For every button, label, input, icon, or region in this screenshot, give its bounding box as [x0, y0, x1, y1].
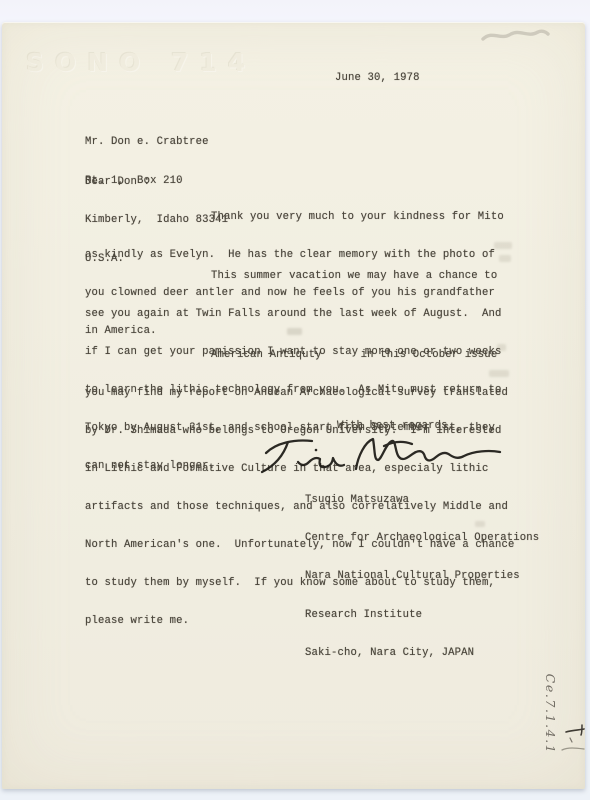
pencil-scribble-top-right: [480, 24, 550, 48]
letter-line: Thank you very much to your kindness for…: [85, 211, 504, 224]
letter-line: see you again at Twin Falls around the l…: [85, 308, 501, 321]
erased-text-smudge: [287, 328, 302, 335]
signature-block-line: Research Institute: [305, 609, 539, 622]
letter-paper: SONO 714 June 30, 1978 Mr. Don e. Crabtr…: [2, 22, 585, 789]
letter-line: This summer vacation we may have a chanc…: [85, 270, 501, 283]
bleedthrough-smudge: [494, 242, 512, 249]
signature-block: Tsugio Matsuzawa Centre for Archaeologic…: [305, 468, 539, 686]
catalog-number-annotation: Ce.7.1.4.1: [540, 669, 558, 759]
scanned-letter-page: SONO 714 June 30, 1978 Mr. Don e. Crabtr…: [0, 0, 590, 800]
address-line: Mr. Don e. Crabtree: [85, 136, 228, 149]
bleedthrough-smudge: [489, 370, 509, 377]
letter-line: you may find my report on Andean Archaeo…: [85, 387, 514, 400]
bleedthrough-smudge: [499, 255, 511, 262]
pencil-mark-bottom-right: [558, 722, 588, 758]
paper-watermark: SONO 714: [26, 48, 256, 77]
signature-block-line: Saki-cho, Nara City, JAPAN: [305, 647, 539, 660]
bleedthrough-smudge: [475, 521, 485, 527]
letter-date: June 30, 1978: [335, 72, 420, 85]
signature-block-line: Nara National Cultural Properties: [305, 570, 539, 583]
signature-block-line: Tsugio Matsuzawa: [305, 494, 539, 507]
signature-block-line: Centre for Archaeological Operations: [305, 532, 539, 545]
letter-line: American Antiquty in this October issue: [85, 349, 514, 362]
bleedthrough-smudge: [497, 344, 506, 351]
